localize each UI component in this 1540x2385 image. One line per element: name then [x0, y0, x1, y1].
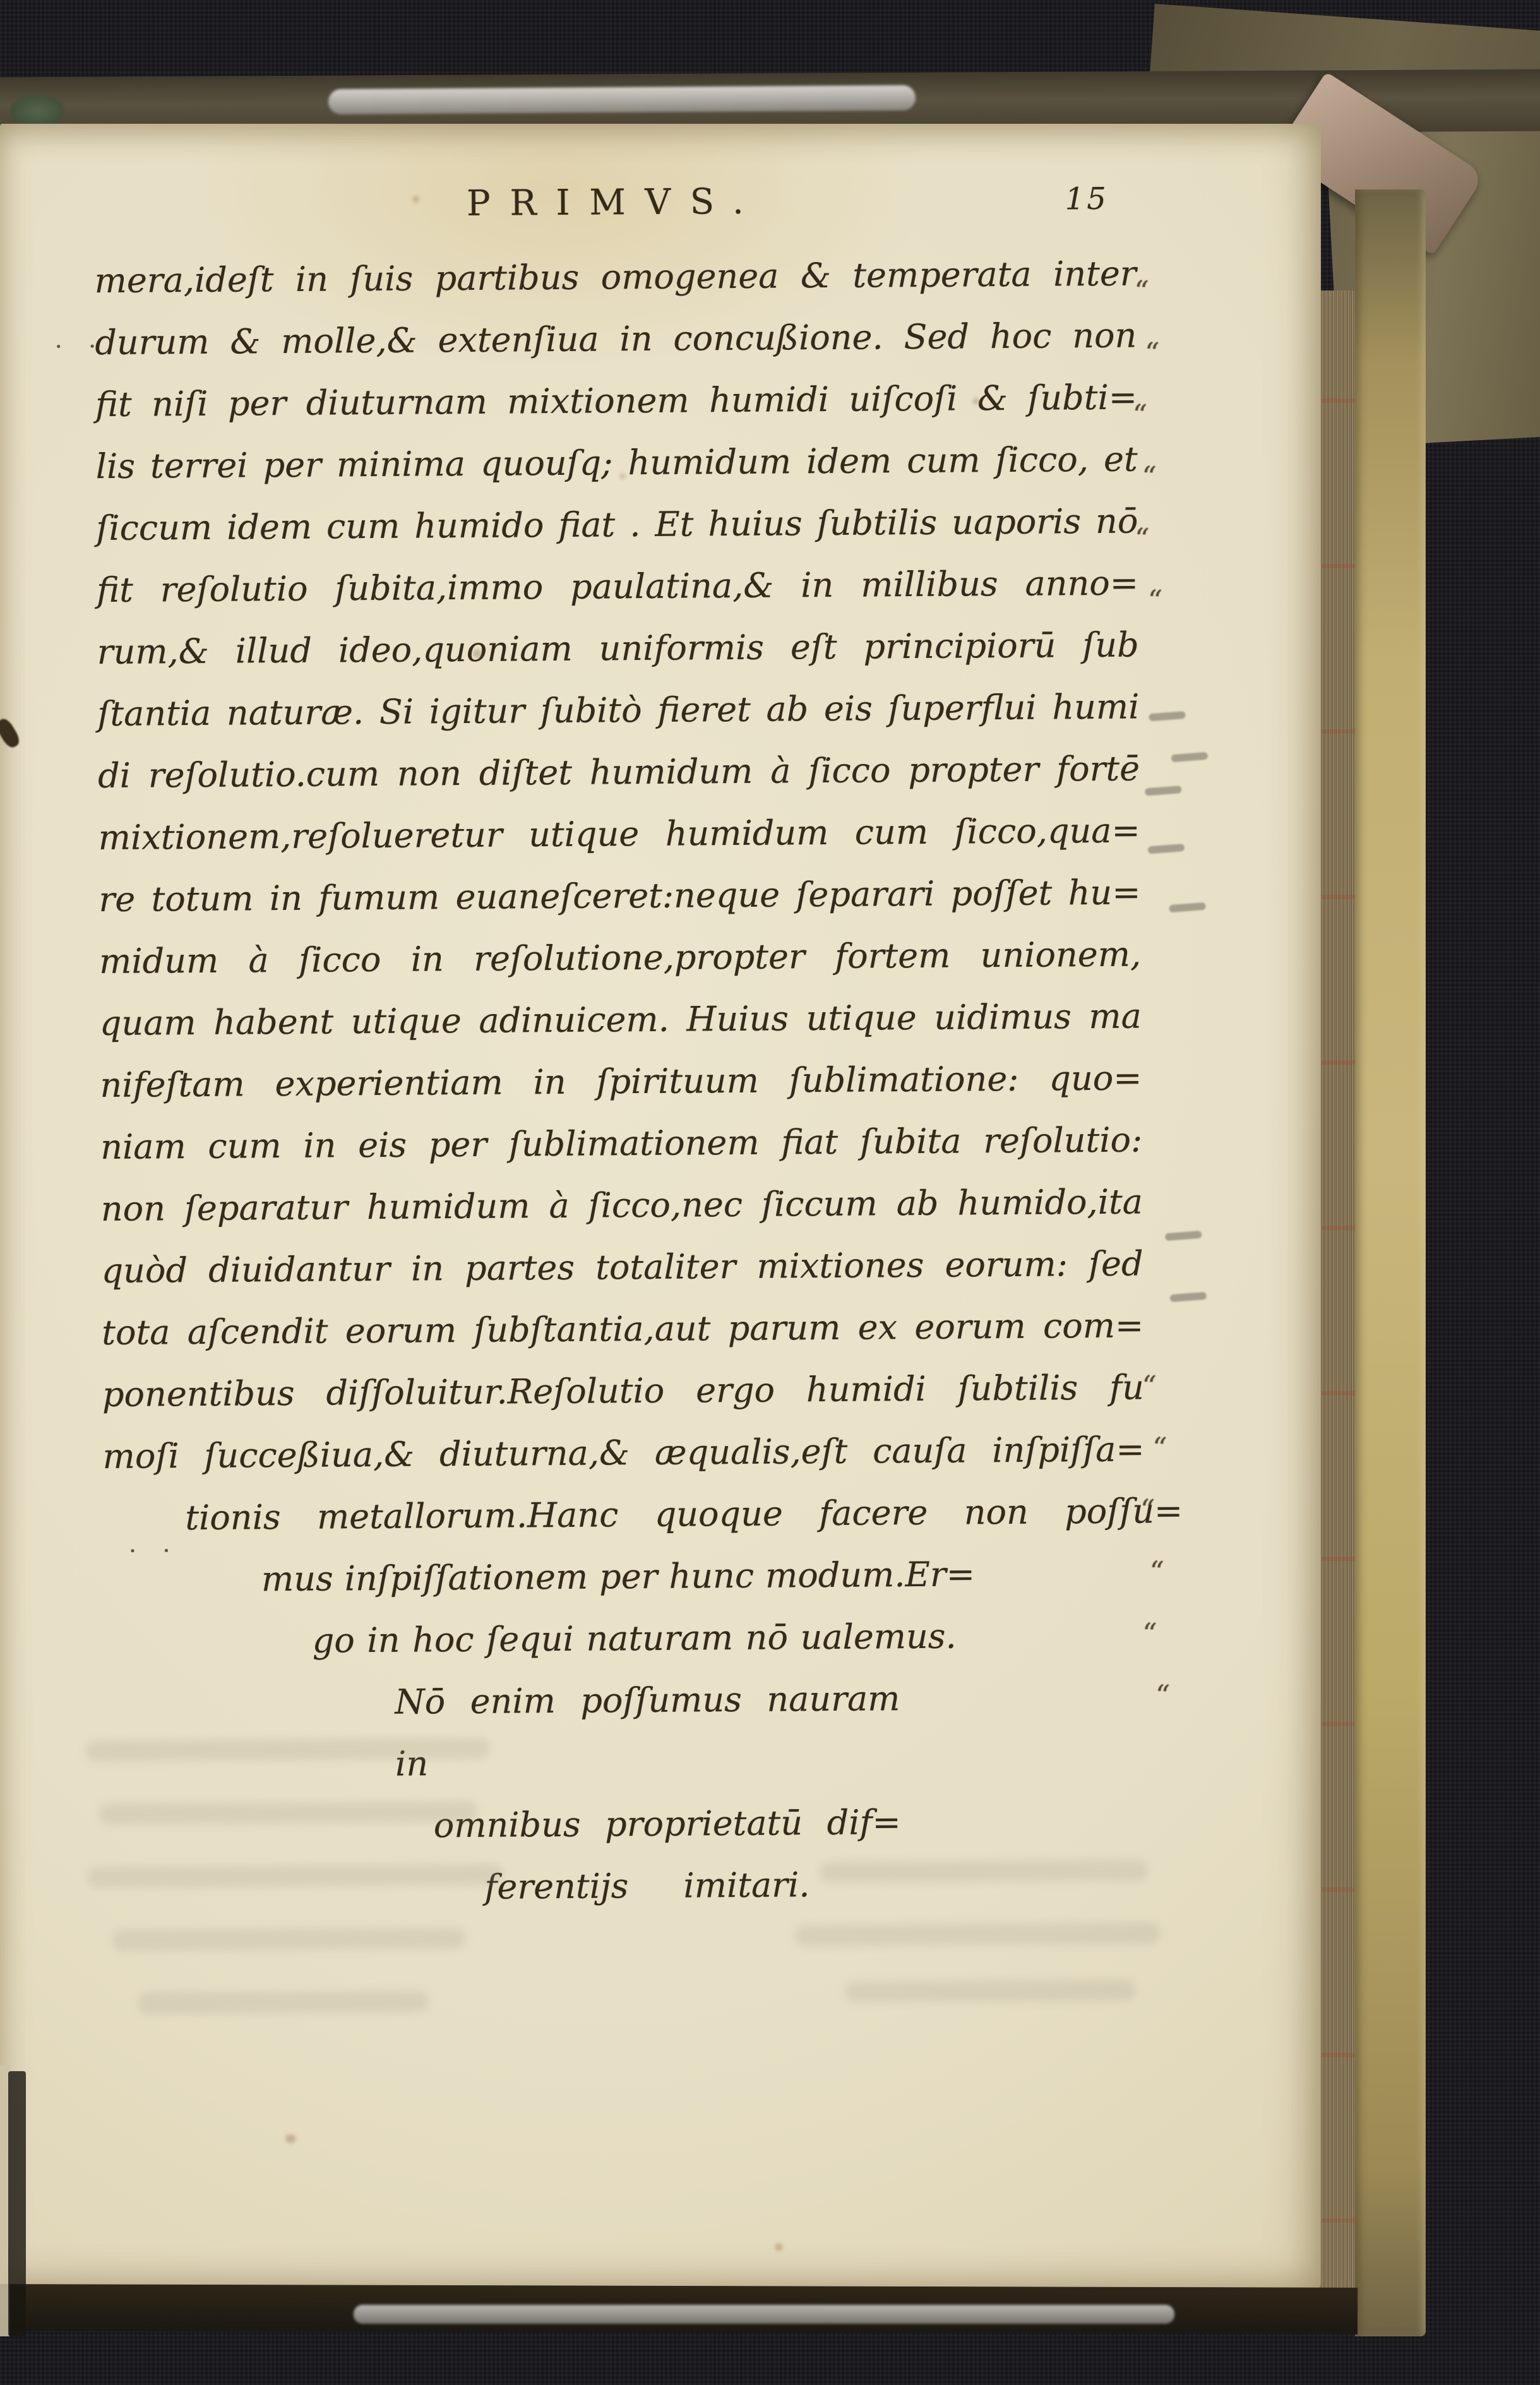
photographed-book-page: PRIMVS. 15 mera,ideſt in ſuis partibus o… [0, 0, 1540, 2385]
foxing-spot [973, 398, 979, 404]
show-through-smudge [87, 1864, 503, 1889]
margin-pencil-dash [1145, 786, 1182, 796]
margin-quote-mark: ‚‚ [1158, 1681, 1171, 1716]
text-line-25: omnibus proprietatū dif= [433, 1791, 901, 1856]
margin-quote-mark: ‚‚ [1145, 1619, 1157, 1654]
margin-quote-mark: ‚‚ [1152, 1557, 1165, 1592]
text-line-14: nifeſtam experientiam in ſpirituum ſubli… [100, 1048, 1142, 1117]
margin-quote-mark: ‚‚ [1137, 277, 1150, 311]
margin-quote-mark: ‚‚ [1150, 586, 1163, 621]
green-thread-fragment [10, 95, 64, 128]
edge-ink-mark [0, 716, 22, 750]
show-through-smudge [819, 1859, 1147, 1883]
show-through-smudge [845, 1980, 1135, 2003]
text-line-2: durum & molle,& extenſiua in concußione.… [95, 305, 1137, 374]
margin-pencil-dash [1169, 902, 1206, 912]
margin-pencil-dash [1171, 752, 1209, 762]
margin-quote-mark: ‚‚ [1145, 1372, 1157, 1406]
show-through-smudge [794, 1922, 1161, 1946]
gap-shadow-left [8, 2071, 26, 2336]
margin-quote-mark: ‚‚ [1155, 1433, 1167, 1468]
text-line-1: mera,ideſt in ſuis partibus omogenea & t… [94, 243, 1137, 313]
text-line-5: ſiccum idem cum humido fiat . Et huius ſ… [96, 491, 1138, 560]
margin-quote-mark: ‚‚ [1135, 400, 1148, 435]
foxing-spot [473, 649, 482, 658]
foxing-spot [285, 2134, 295, 2143]
foxing-spot [413, 196, 419, 202]
show-through-smudge [86, 1738, 490, 1762]
margin-pencil-dash [1165, 1231, 1202, 1241]
page-content: PRIMVS. 15 mera,ideſt in ſuis partibus o… [0, 116, 1335, 2291]
paper-page: PRIMVS. 15 mera,ideſt in ſuis partibus o… [0, 124, 1321, 2290]
text-line-26: ferentijs imitari. [484, 1854, 810, 1918]
margin-quote-mark: ‚‚ [1145, 462, 1157, 497]
text-line-24: Nō enim poſſumus nauram in [395, 1668, 900, 1795]
text-line-13: quam habent utique adinuicem. Huius utiq… [100, 986, 1142, 1055]
text-line-4: lis terrei per minima quouſq; humidum id… [95, 429, 1138, 498]
text-line-6: fit reſolutio ſubita,immo paulatina,& in… [97, 553, 1139, 622]
text-line-19: ponentibus diſſoluitur.Reſolutio ergo hu… [102, 1357, 1145, 1426]
text-line-7: rum,& illud ideo,quoniam uniformis eſt p… [97, 614, 1139, 684]
text-line-3: fit niſi per diuturnam mixtionem humidi … [95, 367, 1138, 436]
text-line-23: go in hoc ſequi naturam nō ualemus. [312, 1606, 957, 1672]
margin-pencil-dash [1148, 844, 1185, 854]
text-line-8: ſtantia naturæ. Si igitur ſubitò fieret … [97, 676, 1140, 746]
plastic-film-glint-top [328, 85, 916, 114]
text-line-12: midum à ſicco in reſolutione,propter for… [99, 924, 1142, 993]
text-line-16: non ſeparatur humidum à ſicco,nec ſiccum… [101, 1171, 1143, 1241]
text-line-9: di reſolutio.cum non diſtet humidum à ſi… [98, 738, 1140, 808]
show-through-smudge [138, 1990, 429, 2014]
body-text: mera,ideſt in ſuis partibus omogenea & t… [94, 243, 1147, 1921]
vellum-cover-right-edge [1355, 189, 1426, 2336]
margin-ink-dots: · · [54, 332, 105, 362]
text-line-18: tota aſcendit eorum ſubſtantia,aut parum… [102, 1295, 1144, 1365]
show-through-smudge [98, 1801, 477, 1825]
margin-pencil-dash [1149, 711, 1186, 721]
margin-quote-mark: ‚‚ [1137, 524, 1150, 559]
foxing-spot [775, 2244, 782, 2251]
margin-ink-dots: · · [129, 1536, 179, 1566]
text-line-11: re totum in fumum euaneſceret:neque ſepa… [98, 862, 1141, 931]
foxing-spot [620, 474, 625, 479]
text-line-22: mus inſpiſſationem per hunc modum.Er= [261, 1543, 976, 1610]
plastic-film-glint-bottom [354, 2305, 1174, 2324]
margin-pencil-dash [1170, 1292, 1207, 1302]
text-line-15: niam cum in eis per ſublimationem fiat ſ… [100, 1109, 1143, 1179]
text-line-20: moſi ſucceßiua,& diuturna,& æqualis,eſt … [102, 1419, 1145, 1488]
page-number: 15 [1065, 181, 1109, 217]
margin-quote-mark: ‚‚ [1143, 1495, 1155, 1530]
show-through-smudge [112, 1927, 466, 1951]
text-line-17: quòd diuidantur in partes totaliter mixt… [101, 1233, 1143, 1303]
text-line-21: tionis metallorum.Hanc quoque facere non… [185, 1480, 1183, 1549]
margin-quote-mark: ‚‚ [1147, 338, 1160, 373]
running-title: PRIMVS. [94, 179, 1136, 227]
text-line-10: mixtionem,reſolueretur utique humidum cu… [98, 800, 1140, 870]
